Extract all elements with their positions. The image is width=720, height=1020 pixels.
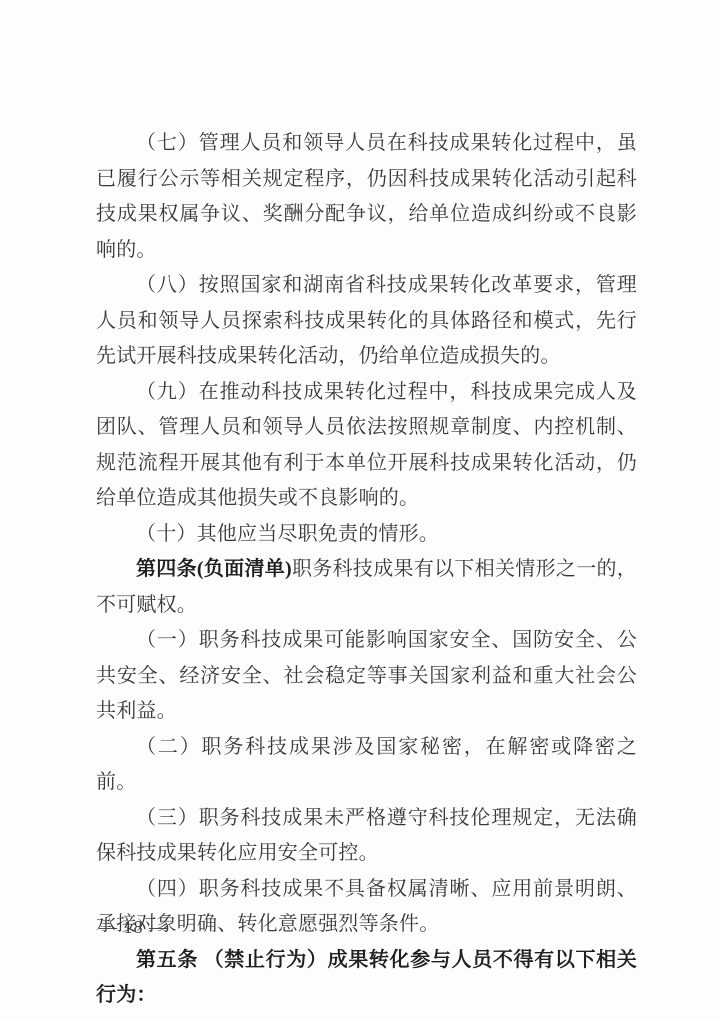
text-run: （一）职务科技成果可能影响国家安全、国防安全、公共安全、经济安全、社会稳定等事关…: [96, 629, 637, 722]
text-run: （十）其他应当尽职免责的情形。: [136, 523, 439, 545]
text-run: （二）职务科技成果涉及国家秘密，在解密或降密之前。: [96, 736, 637, 794]
paragraph: （八）按照国家和湖南省科技成果转化改革要求，管理人员和领导人员探索科技成果转化的…: [96, 268, 637, 375]
paragraph: （七）管理人员和领导人员在科技成果转化过程中，虽已履行公示等相关规定程序，仍因科…: [96, 126, 637, 268]
text-run: （九）在推动科技成果转化过程中，科技成果完成人及团队、管理人员和领导人员依法按照…: [96, 381, 637, 510]
paragraph: 第五条 （禁止行为）成果转化参与人员不得有以下相关行为：: [96, 943, 637, 1014]
paragraph: （九）在推动科技成果转化过程中，科技成果完成人及团队、管理人员和领导人员依法按照…: [96, 375, 637, 517]
paragraph: （二）职务科技成果涉及国家秘密，在解密或降密之前。: [96, 730, 637, 801]
bold-text-run: 第五条 （禁止行为）成果转化参与人员不得有以下相关行为：: [96, 949, 637, 1007]
paragraph: （十）其他应当尽职免责的情形。: [96, 517, 637, 553]
paragraph: （一）职务科技成果可能影响国家安全、国防安全、公共安全、经济安全、社会稳定等事关…: [96, 623, 637, 730]
paragraph: （三）职务科技成果未严格遵守科技伦理规定，无法确保科技成果转化应用安全可控。: [96, 801, 637, 872]
text-run: （四）职务科技成果不具备权属清晰、应用前景明朗、承接对象明确、转化意愿强烈等条件…: [96, 878, 637, 936]
document-body: （七）管理人员和领导人员在科技成果转化过程中，虽已履行公示等相关规定程序，仍因科…: [96, 126, 637, 1014]
paragraph: 第四条(负面清单)职务科技成果有以下相关情形之一的，不可赋权。: [96, 552, 637, 623]
text-run: （三）职务科技成果未严格遵守科技伦理规定，无法确保科技成果转化应用安全可控。: [96, 807, 637, 865]
paragraph: （四）职务科技成果不具备权属清晰、应用前景明朗、承接对象明确、转化意愿强烈等条件…: [96, 872, 637, 943]
text-run: （七）管理人员和领导人员在科技成果转化过程中，虽已履行公示等相关规定程序，仍因科…: [96, 132, 637, 261]
bold-text-run: 第四条(负面清单): [136, 558, 292, 580]
document-page: （七）管理人员和领导人员在科技成果转化过程中，虽已履行公示等相关规定程序，仍因科…: [0, 0, 720, 1020]
page-number: — 18 —: [99, 915, 168, 939]
text-run: （八）按照国家和湖南省科技成果转化改革要求，管理人员和领导人员探索科技成果转化的…: [96, 274, 637, 367]
